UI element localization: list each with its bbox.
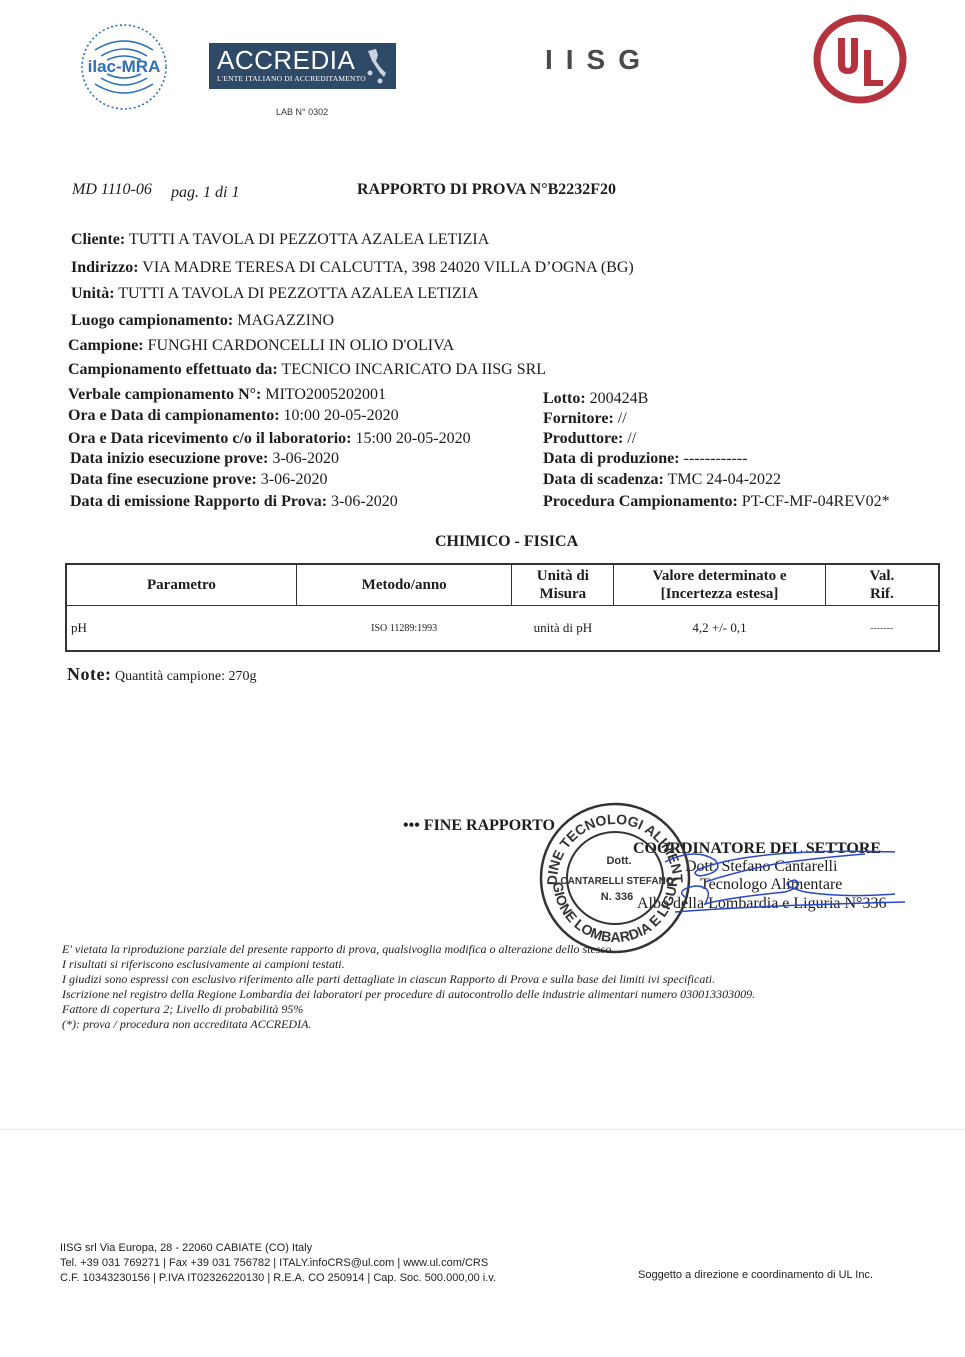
info-campione: Campione: FUNGHI CARDONCELLI IN OLIO D'O…: [68, 337, 454, 355]
info-cliente: Cliente: TUTTI A TAVOLA DI PEZZOTTA AZAL…: [71, 231, 489, 249]
detail-ora-ricevimento: Ora e Data ricevimento c/o il laboratori…: [68, 430, 471, 448]
detail-ora-campionamento: Ora e Data di campionamento: 10:00 20-05…: [68, 407, 399, 425]
footer-company-info: IISG srl Via Europa, 28 - 22060 CABIATE …: [60, 1241, 496, 1286]
cell-metodo: ISO 11289:1993: [296, 606, 512, 652]
header-valore: Valore determinato e[Incertezza estesa]: [614, 564, 826, 606]
end-of-report: ••• FINE RAPPORTO: [403, 817, 555, 835]
accredia-logo: ACCREDIA L'ENTE ITALIANO DI ACCREDITAMEN…: [209, 43, 396, 89]
note: Note: Quantità campione: 270g: [67, 664, 257, 685]
header-parametro: Parametro: [66, 564, 296, 606]
info-indirizzo: Indirizzo: VIA MADRE TERESA DI CALCUTTA,…: [71, 259, 634, 277]
detail-fornitore: Fornitore: //: [543, 410, 627, 428]
cell-unita: unità di pH: [512, 606, 614, 652]
disclaimer-line: E' vietata la riproduzione parziale del …: [62, 942, 614, 957]
detail-data-inizio: Data inizio esecuzione prove: 3-06-2020: [70, 450, 339, 468]
svg-text:ilac-MRA: ilac-MRA: [88, 57, 161, 76]
report-title: RAPPORTO DI PROVA N°B2232F20: [357, 181, 616, 199]
cell-valore: 4,2 +/- 0,1: [614, 606, 826, 652]
table-row: pH ISO 11289:1993 unità di pH 4,2 +/- 0,…: [66, 606, 939, 652]
detail-data-fine: Data fine esecuzione prove: 3-06-2020: [70, 471, 327, 489]
svg-text:Dott.: Dott.: [606, 855, 631, 867]
svg-text:N. 336: N. 336: [601, 891, 633, 903]
header-metodo: Metodo/anno: [296, 564, 512, 606]
detail-verbale: Verbale campionamento N°: MITO2005202001: [68, 386, 386, 404]
divider: [0, 1129, 965, 1130]
footer-ul-notice: Soggetto a direzione e coordinamento di …: [638, 1269, 873, 1281]
info-unita: Unità: TUTTI A TAVOLA DI PEZZOTTA AZALEA…: [71, 285, 479, 303]
detail-data-produzione: Data di produzione: ------------: [543, 450, 748, 468]
info-luogo: Luogo campionamento: MAGAZZINO: [71, 312, 334, 330]
detail-produttore: Produttore: //: [543, 430, 636, 448]
detail-data-emissione: Data di emissione Rapporto di Prova: 3-0…: [70, 493, 398, 511]
header-unita: Unità diMisura: [512, 564, 614, 606]
accredia-subtitle: L'ENTE ITALIANO DI ACCREDITAMENTO: [217, 74, 366, 83]
accredia-title: ACCREDIA: [217, 45, 355, 75]
cell-val-rif: -------: [825, 606, 939, 652]
section-title: CHIMICO - FISICA: [435, 533, 578, 551]
iisg-logo: IISG: [545, 44, 653, 76]
table-header-row: Parametro Metodo/anno Unità diMisura Val…: [66, 564, 939, 606]
lab-number: LAB N° 0302: [276, 107, 328, 117]
disclaimer-line: I giudizi sono espressi con esclusivo ri…: [62, 972, 715, 987]
detail-lotto: Lotto: 200424B: [543, 390, 648, 408]
ilac-mra-logo: ilac-MRA: [75, 22, 173, 112]
disclaimer-line: (*): prova / procedura non accreditata A…: [62, 1017, 311, 1032]
italy-map-icon: [364, 47, 390, 85]
ul-logo: [812, 14, 908, 104]
document-code: MD 1110-06: [72, 181, 152, 199]
detail-procedura: Procedura Campionamento: PT-CF-MF-04REV0…: [543, 493, 890, 511]
results-table: Parametro Metodo/anno Unità diMisura Val…: [65, 563, 940, 652]
disclaimer-line: Fattore di copertura 2; Livello di proba…: [62, 1002, 303, 1017]
detail-data-scadenza: Data di scadenza: TMC 24-04-2022: [543, 471, 781, 489]
page-number: pag. 1 di 1: [171, 184, 239, 202]
info-effettuato: Campionamento effettuato da: TECNICO INC…: [68, 361, 546, 379]
header-val-rif: Val.Rif.: [825, 564, 939, 606]
signature: [655, 842, 905, 917]
disclaimer-line: I risultati si riferiscono esclusivament…: [62, 957, 345, 972]
disclaimer-line: Iscrizione nel registro della Regione Lo…: [62, 987, 755, 1002]
cell-parametro: pH: [66, 606, 296, 652]
